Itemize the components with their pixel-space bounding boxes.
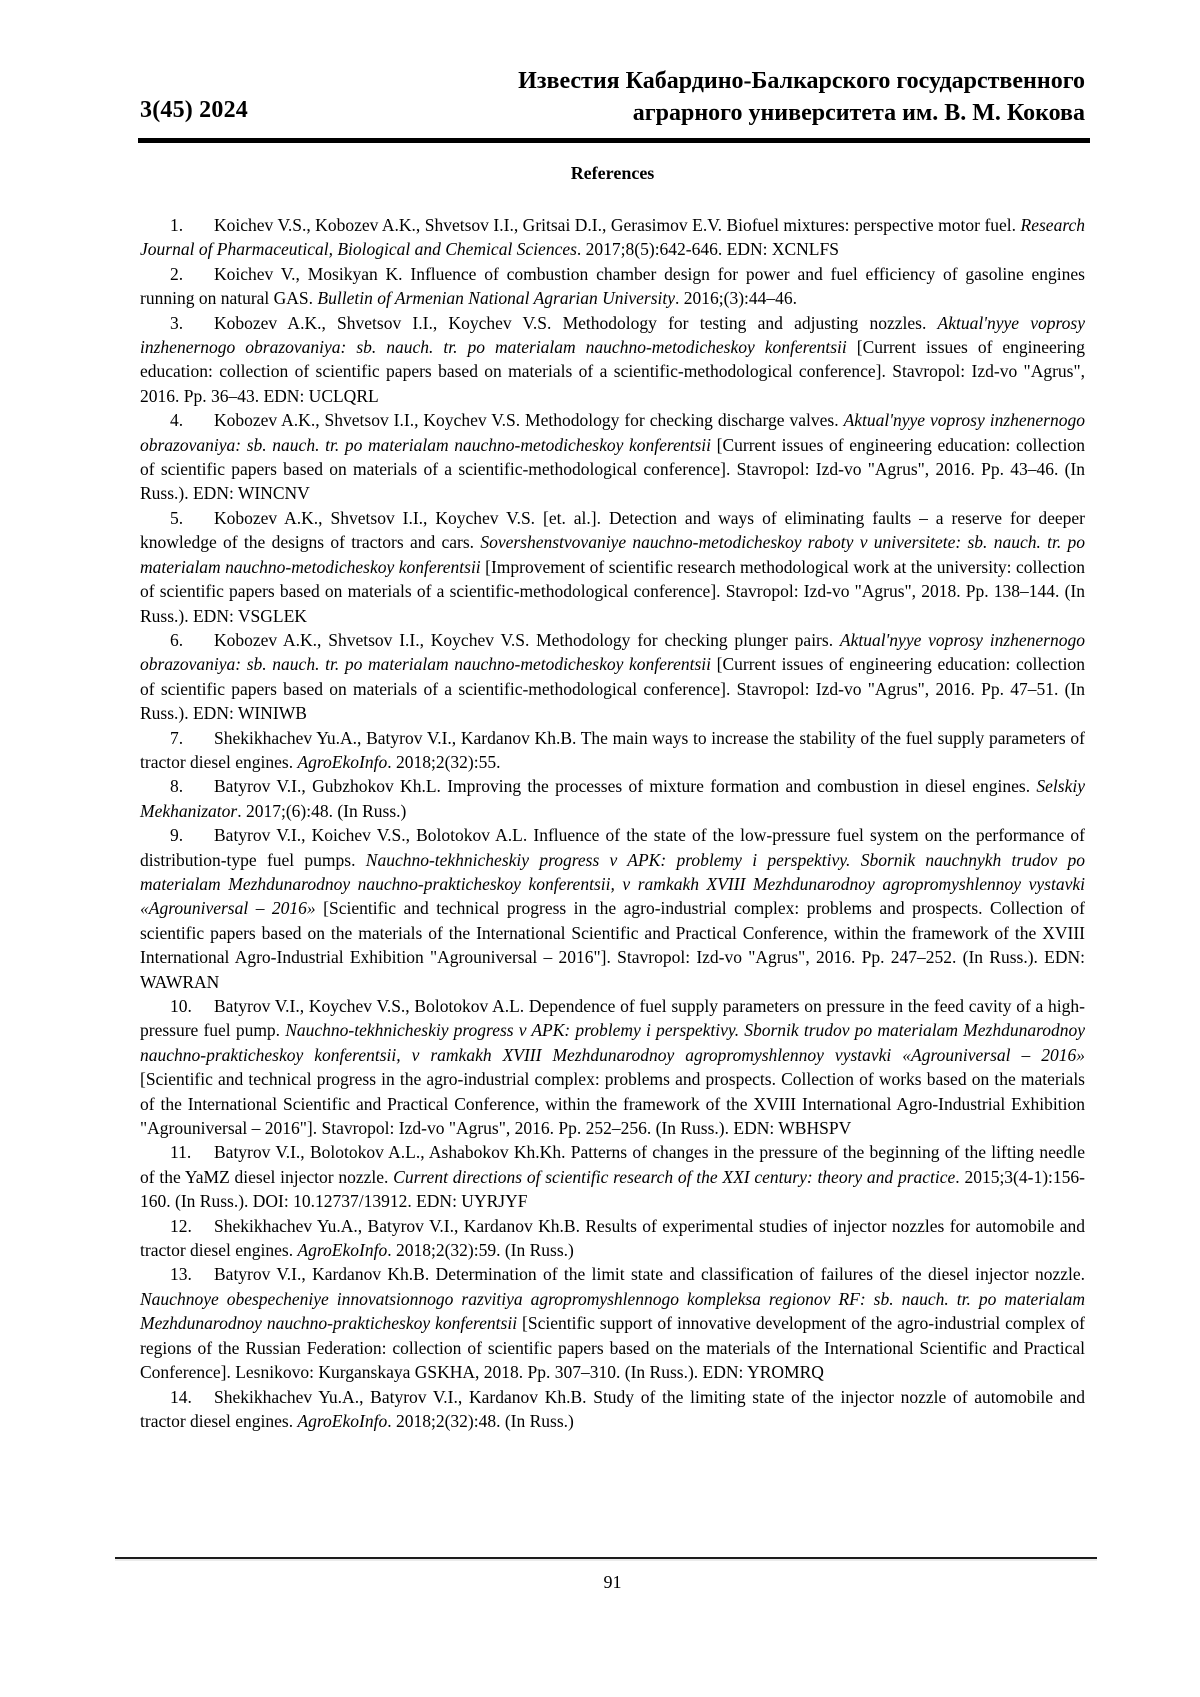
reference-item: 2.Koichev V., Mosikyan K. Influence of c… <box>140 262 1085 311</box>
reference-source-italic: Bulletin of Armenian National Agrarian U… <box>317 288 675 308</box>
references-list: 1.Koichev V.S., Kobozev A.K., Shvetsov I… <box>140 213 1085 1433</box>
reference-item: 1.Koichev V.S., Kobozev A.K., Shvetsov I… <box>140 213 1085 262</box>
journal-title-line1: Известия Кабардино-Балкарского государст… <box>518 65 1085 97</box>
reference-text-run: . 2017;(6):48. (In Russ.) <box>237 801 406 821</box>
reference-source-italic: AgroEkoInfo <box>297 752 387 772</box>
reference-number: 4. <box>170 408 214 432</box>
header-rule <box>138 138 1090 143</box>
reference-text-run: . 2018;2(32):48. (In Russ.) <box>387 1411 574 1431</box>
reference-item: 6.Kobozev A.K., Shvetsov I.I., Koychev V… <box>140 628 1085 726</box>
issue-number: 3(45) 2024 <box>140 97 248 124</box>
reference-text-run: Kobozev A.K., Shvetsov I.I., Koychev V.S… <box>214 630 840 650</box>
reference-number: 12. <box>170 1214 214 1238</box>
reference-text-run: . 2017;8(5):642-646. EDN: XCNLFS <box>577 239 839 259</box>
reference-item: 4.Kobozev A.K., Shvetsov I.I., Koychev V… <box>140 408 1085 506</box>
reference-item: 12.Shekikhachev Yu.A., Batyrov V.I., Kar… <box>140 1214 1085 1263</box>
journal-title-line2: аграрного университета им. В. М. Кокова <box>518 97 1085 129</box>
reference-text-run: Koichev V.S., Kobozev A.K., Shvetsov I.I… <box>214 215 1021 235</box>
reference-number: 6. <box>170 628 214 652</box>
reference-number: 7. <box>170 726 214 750</box>
reference-item: 11.Batyrov V.I., Bolotokov A.L., Ashabok… <box>140 1140 1085 1213</box>
page-number: 91 <box>140 1572 1085 1593</box>
reference-number: 2. <box>170 262 214 286</box>
reference-item: 5.Kobozev A.K., Shvetsov I.I., Koychev V… <box>140 506 1085 628</box>
reference-item: 14.Shekikhachev Yu.A., Batyrov V.I., Kar… <box>140 1385 1085 1434</box>
journal-title: Известия Кабардино-Балкарского государст… <box>518 65 1085 129</box>
reference-source-italic: Current directions of scientific researc… <box>393 1167 955 1187</box>
reference-item: 7.Shekikhachev Yu.A., Batyrov V.I., Kard… <box>140 726 1085 775</box>
reference-text-run: . 2016;(3):44–46. <box>675 288 797 308</box>
reference-text-run: . 2018;2(32):59. (In Russ.) <box>387 1240 574 1260</box>
reference-text-run: Batyrov V.I., Gubzhokov Kh.L. Improving … <box>214 776 1036 796</box>
document-page: 3(45) 2024 Известия Кабардино-Балкарског… <box>0 0 1200 1697</box>
reference-number: 8. <box>170 774 214 798</box>
reference-text-run: Kobozev A.K., Shvetsov I.I., Koychev V.S… <box>214 410 844 430</box>
section-title: References <box>140 163 1085 184</box>
reference-source-italic: AgroEkoInfo <box>297 1411 387 1431</box>
reference-text-run: Kobozev A.K., Shvetsov I.I., Koychev V.S… <box>214 313 938 333</box>
reference-number: 11. <box>170 1140 214 1164</box>
reference-number: 13. <box>170 1262 214 1286</box>
reference-text-run: Shekikhachev Yu.A., Batyrov V.I., Kardan… <box>140 728 1085 772</box>
reference-text-run: Batyrov V.I., Kardanov Kh.B. Determinati… <box>214 1264 1085 1284</box>
reference-item: 9.Batyrov V.I., Koichev V.S., Bolotokov … <box>140 823 1085 994</box>
reference-number: 1. <box>170 213 214 237</box>
reference-text-run: Shekikhachev Yu.A., Batyrov V.I., Kardan… <box>140 1387 1085 1431</box>
reference-text-run: . 2018;2(32):55. <box>387 752 500 772</box>
reference-item: 3.Kobozev A.K., Shvetsov I.I., Koychev V… <box>140 311 1085 409</box>
reference-item: 13.Batyrov V.I., Kardanov Kh.B. Determin… <box>140 1262 1085 1384</box>
reference-text-run: Shekikhachev Yu.A., Batyrov V.I., Kardan… <box>140 1216 1085 1260</box>
reference-number: 5. <box>170 506 214 530</box>
reference-item: 8.Batyrov V.I., Gubzhokov Kh.L. Improvin… <box>140 774 1085 823</box>
footer-rule <box>115 1557 1097 1559</box>
reference-number: 10. <box>170 994 214 1018</box>
reference-number: 14. <box>170 1385 214 1409</box>
reference-source-italic: AgroEkoInfo <box>297 1240 387 1260</box>
reference-number: 3. <box>170 311 214 335</box>
reference-number: 9. <box>170 823 214 847</box>
reference-text-run: [Scientific and technical progress in th… <box>140 1069 1085 1138</box>
reference-item: 10.Batyrov V.I., Koychev V.S., Bolotokov… <box>140 994 1085 1140</box>
